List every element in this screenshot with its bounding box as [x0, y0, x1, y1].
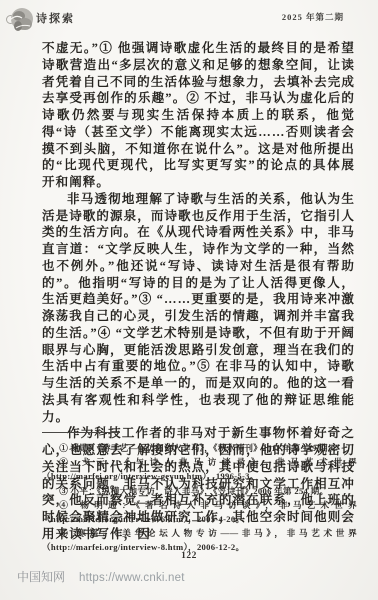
page-number: 122 [0, 551, 378, 561]
footnote-item: ④ 杨明通：《著名诗人非马访谈》，非马艺术世界（http://marfei.or… [42, 498, 357, 526]
issue-label: 2025 年第二期 [282, 11, 344, 23]
footnote-item: ① 谢勋：《游于艺——访问诗人非马》，《秋水诗刊》2011 年第 149 期。 [42, 441, 357, 455]
footnote-list: ① 谢勋：《游于艺——访问诗人非马》，《秋水诗刊》2011 年第 149 期。 … [42, 441, 357, 555]
cnki-site-name: 中国知网 [17, 568, 65, 585]
scanned-journal-page: 诗探索 2025 年第二期 不虚无。”① 他强调诗歌虚化生活的最终目的是希望诗歌… [0, 0, 378, 600]
journal-title: 诗探索 [36, 10, 75, 26]
paragraph: 不虚无。”① 他强调诗歌虚化生活的最终目的是希望诗歌营造出“多层次的意义和足够的… [42, 40, 355, 191]
page-header: 诗探索 2025 年第二期 [0, 4, 378, 36]
footnote-item: ③ 小平：《纵横大地专访：诗人非马》，《笠诗刊》2006 年第 254 期。 [42, 484, 357, 498]
footnote-item: ② 戈云：《与诗人非马访谈录》，非马艺术世界（http://marfei.org… [42, 455, 357, 483]
footnote-divider [42, 432, 120, 433]
journal-seal-icon [6, 6, 36, 36]
cnki-site-url: https://www.cnki.net [79, 572, 185, 584]
cnki-watermark: 中国知网 https://www.cnki.net [17, 568, 185, 585]
paragraph: 非马透彻地理解了诗歌与生活的关系，他认为生活是诗歌的源泉，而诗歌也反作用于生活，… [42, 191, 355, 426]
